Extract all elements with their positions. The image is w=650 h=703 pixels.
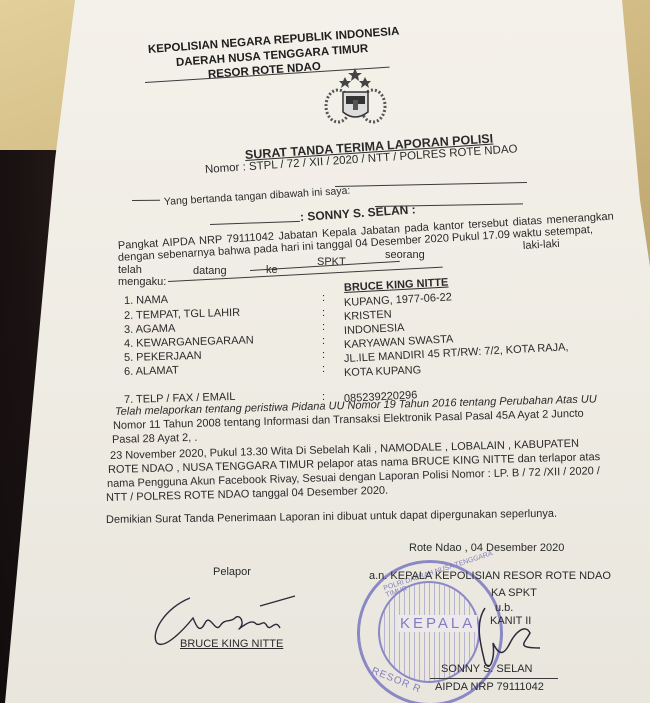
reporter-label: Pelapor xyxy=(213,566,251,578)
field-label: 5. PEKERJAAN xyxy=(124,350,202,364)
intro-para-line-3c: ke xyxy=(266,264,278,276)
field-label: 2. TEMPAT, TGL LAHIR xyxy=(124,307,240,322)
field-label: 3. AGAMA xyxy=(124,323,176,336)
closing-statement: Demikian Surat Tanda Penerimaan Laporan … xyxy=(106,508,557,526)
official-line-2: KA SPKT xyxy=(491,587,537,599)
signer-label: Yang bertanda tangan dibawah ini saya: xyxy=(164,185,351,208)
field-label: 4. KEWARGANEGARAAN xyxy=(124,334,254,350)
field-colon: : xyxy=(322,307,325,319)
official-name-underline xyxy=(430,678,558,679)
document: KEPOLISIAN NEGARA REPUBLIK INDONESIA DAE… xyxy=(0,0,650,703)
intro-para-line-4: mengaku: xyxy=(118,276,166,288)
official-rank: AIPDA NRP 79111042 xyxy=(435,681,544,693)
field-colon: : xyxy=(322,363,325,375)
signer-line-2 xyxy=(210,221,300,225)
field-label: 1. NAMA xyxy=(124,294,168,307)
field-label: 6. ALAMAT xyxy=(124,364,179,378)
field-value: INDONESIA xyxy=(344,322,405,337)
field-colon: : xyxy=(322,349,325,361)
signer-line-1 xyxy=(335,182,527,187)
field-colon: : xyxy=(322,321,325,333)
intro-para-line-3a: telah xyxy=(118,264,142,276)
field-value-continued: KOTA KUPANG xyxy=(344,364,422,379)
official-line-1: a.n. KEPALA KEPOLISIAN RESOR ROTE NDAO xyxy=(369,570,611,582)
intro-para-line-3b: datang xyxy=(193,265,227,277)
field-value: KUPANG, 1977-06-22 xyxy=(344,291,453,309)
official-name: SONNY S. SELAN xyxy=(441,663,533,675)
reporter-name: BRUCE KING NITTE xyxy=(180,638,283,650)
signer-dash-left xyxy=(132,200,160,201)
intro-para-line-2b: laki-laki xyxy=(523,238,560,252)
field-value: KRISTEN xyxy=(344,309,392,323)
police-emblem-icon xyxy=(318,66,393,126)
intro-para-line-3e: seorang xyxy=(385,249,425,261)
report-line: Pasal 28 Ayat 2, . xyxy=(112,432,198,446)
field-colon: : xyxy=(322,335,325,347)
field-colon: : xyxy=(322,292,325,304)
